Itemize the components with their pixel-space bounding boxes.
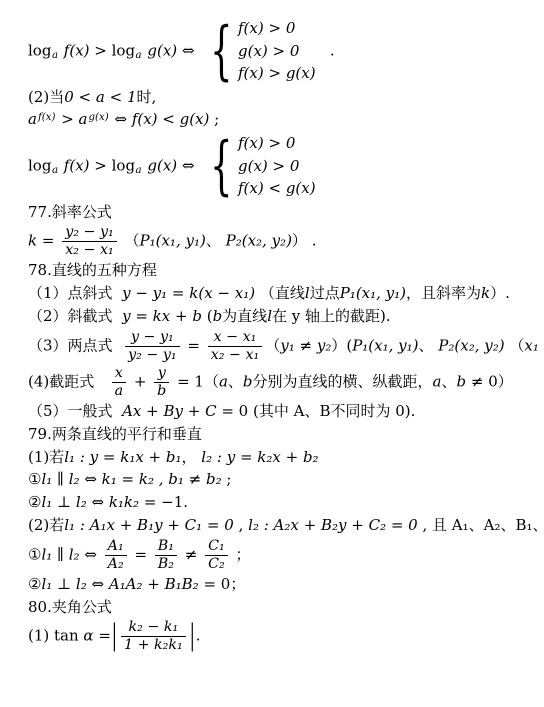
math-italic-run: g(x) bbox=[143, 41, 182, 59]
exponential-inequality: af(x) > ag(x) ⇔ f(x) < g(x) ; bbox=[28, 109, 538, 131]
text-run: （ bbox=[120, 232, 140, 250]
text-run: ; bbox=[209, 110, 219, 128]
math-italic-run: g(x) bbox=[143, 156, 182, 174]
text-run: = 1（ bbox=[172, 372, 219, 390]
fraction: C₁C₂ bbox=[205, 538, 228, 573]
formula-document: loga f(x) > loga g(x) ⇔ {f(x) > 0g(x) > … bbox=[0, 0, 544, 661]
fraction: k₂ − k₁1 + k₂k₁ bbox=[121, 619, 186, 654]
text-run: 79.两条直线的平行和垂直 bbox=[28, 425, 202, 443]
text-run: (4)截距式 bbox=[28, 372, 109, 390]
text-run: ⇔ bbox=[87, 575, 109, 593]
text-run: log bbox=[112, 156, 135, 174]
slope-formula: k = y₂ − y₁x₂ − x₁ （P₁(x₁, y₁)、 P₂(x₂, y… bbox=[28, 224, 538, 259]
math-italic-run: C₂ bbox=[208, 556, 225, 572]
text-run: ）. bbox=[490, 284, 510, 302]
math-italic-run: x bbox=[115, 365, 123, 381]
fraction-numerator: y₂ − y₁ bbox=[62, 224, 117, 241]
section-80-heading: 80.夹角公式 bbox=[28, 597, 538, 619]
text-run: ② bbox=[28, 493, 41, 511]
subscript-run: a bbox=[52, 50, 58, 61]
text-run: 、 bbox=[442, 372, 457, 390]
math-italic-run: x₂ − x₁ bbox=[65, 242, 114, 258]
case-row: f(x) > g(x) bbox=[238, 64, 316, 84]
left-curly-brace-icon: { bbox=[210, 19, 232, 83]
math-italic-run: y − y₁ = k(x − x₁) bbox=[122, 284, 255, 302]
text-run: ① bbox=[28, 545, 41, 563]
math-italic-run: a bbox=[28, 110, 37, 128]
text-run: , bbox=[234, 516, 248, 534]
math-italic-run: f(x) > 0 bbox=[238, 134, 295, 152]
fraction-denominator: B₂ bbox=[155, 555, 177, 573]
math-italic-run: l₁ ⊥ l₂ bbox=[41, 575, 86, 593]
math-italic-run: B₂ bbox=[158, 556, 174, 572]
math-italic-run: l₁ : A₁x + B₁y + C₁ = 0 bbox=[64, 516, 234, 534]
parallel-condition-general: ①l₁ ∥ l₂ ⇔ A₁A₂ = B₁B₂ ≠ C₁C₂ ； bbox=[28, 538, 538, 573]
parallel-condition-slope: ①l₁ ∥ l₂ ⇔ k₁ = k₂ , b₁ ≠ b₂ ; bbox=[28, 469, 538, 491]
text-run: = −1. bbox=[139, 493, 188, 511]
fraction-numerator: x bbox=[112, 365, 126, 382]
text-run: 77.斜率公式 bbox=[28, 203, 112, 221]
text-run: 为直线 bbox=[222, 307, 267, 325]
text-run: ② bbox=[28, 575, 41, 593]
text-run: 、 bbox=[206, 232, 226, 250]
fraction-denominator: a bbox=[112, 382, 127, 400]
math-italic-run: y₂ − y₁ bbox=[65, 224, 114, 240]
math-italic-run: Ax + By + C bbox=[122, 402, 216, 420]
fraction-denominator: A₂ bbox=[105, 555, 127, 573]
math-italic-run: x₁ ≠ x₂ bbox=[524, 336, 544, 354]
case-row: g(x) > 0 bbox=[238, 42, 316, 62]
math-italic-run: y₂ − y₁ bbox=[128, 347, 177, 363]
math-italic-run: 0 < a < 1 bbox=[64, 88, 136, 106]
text-run: ，且斜率为 bbox=[406, 284, 481, 302]
log-inequality-cases-0-lt-a-lt-1: loga f(x) > loga g(x) ⇔ {f(x) > 0g(x) > … bbox=[28, 132, 538, 201]
fraction-denominator: x₂ − x₁ bbox=[208, 346, 263, 364]
math-italic-run: x − x₁ bbox=[214, 329, 257, 345]
text-run: (2)当 bbox=[28, 88, 64, 106]
math-italic-run: b bbox=[157, 383, 166, 399]
cases-system: {f(x) > 0g(x) > 0f(x) > g(x) bbox=[201, 19, 315, 84]
math-italic-run: f(x) > g(x) bbox=[238, 64, 316, 82]
math-italic-run: f(x) > bbox=[59, 156, 112, 174]
math-italic-run: b bbox=[213, 307, 223, 325]
math-italic-run: P₂(x₂, y₂) bbox=[226, 232, 292, 250]
math-italic-run: P₁(x₁, y₁) bbox=[340, 284, 406, 302]
math-italic-run: A₁ bbox=[108, 538, 124, 554]
text-run: （ bbox=[505, 336, 525, 354]
fraction-denominator: C₂ bbox=[205, 555, 228, 573]
text-run: = 0； bbox=[199, 575, 246, 593]
text-run: ① bbox=[28, 470, 41, 488]
section-79-heading: 79.两条直线的平行和垂直 bbox=[28, 424, 538, 446]
math-italic-run: y bbox=[158, 365, 166, 381]
math-italic-run: k₂ − k₁ bbox=[129, 619, 179, 635]
text-run: （3）两点式 bbox=[28, 336, 122, 354]
case-row: f(x) > 0 bbox=[238, 134, 316, 154]
fraction: y₂ − y₁x₂ − x₁ bbox=[62, 224, 117, 259]
text-run: log bbox=[28, 156, 51, 174]
text-run: (1) tan bbox=[28, 627, 83, 645]
fraction-numerator: B₁ bbox=[155, 538, 177, 555]
text-run: 在 y 轴上的截距). bbox=[272, 307, 391, 325]
slope-intercept-form: （2）斜截式 y = kx + b (b为直线l在 y 轴上的截距). bbox=[28, 306, 538, 328]
math-italic-run: > a bbox=[56, 110, 87, 128]
fraction: B₁B₂ bbox=[155, 538, 177, 573]
text-run: ； bbox=[231, 545, 251, 563]
text-run: ， bbox=[182, 448, 202, 466]
math-italic-run: x₂ − x₁ bbox=[211, 347, 260, 363]
intercept-form: (4)截距式 xa + yb = 1（a、b分别为直线的横、纵截距，a、b ≠ … bbox=[28, 365, 538, 400]
text-run: （直线 bbox=[255, 284, 305, 302]
fraction-numerator: y − y₁ bbox=[128, 329, 177, 346]
text-run: 80.夹角公式 bbox=[28, 598, 112, 616]
superscript-run: g(x) bbox=[88, 112, 108, 123]
math-italic-run: k bbox=[481, 284, 490, 302]
math-italic-run: B₁ bbox=[158, 538, 174, 554]
math-italic-run: A₁A₂ + B₁B₂ bbox=[109, 575, 199, 593]
math-italic-run: k₁ = k₂ , b₁ ≠ b₂ bbox=[102, 470, 222, 488]
fraction: y − y₁y₂ − y₁ bbox=[125, 329, 180, 364]
text-run: + bbox=[129, 372, 151, 390]
left-curly-brace-icon: { bbox=[210, 134, 232, 198]
math-italic-run: 1 + k₂k₁ bbox=[124, 637, 183, 653]
superscript-run: f(x) bbox=[38, 112, 55, 123]
text-run: = bbox=[130, 545, 152, 563]
text-run: （1）点斜式 bbox=[28, 284, 122, 302]
math-italic-run: y₁ ≠ y₂ bbox=[280, 336, 331, 354]
math-italic-run: l₁ ∥ l₂ bbox=[41, 545, 79, 563]
text-run: ）( bbox=[331, 336, 352, 354]
text-run: . bbox=[196, 627, 201, 645]
text-run: ⇔ bbox=[87, 493, 109, 511]
math-italic-run: a bbox=[433, 372, 442, 390]
math-italic-run: f(x) < g(x) bbox=[238, 179, 316, 197]
fraction: yb bbox=[154, 365, 169, 400]
math-italic-run: l₁ ⊥ l₂ bbox=[41, 493, 86, 511]
fraction-numerator: A₁ bbox=[105, 538, 127, 555]
text-run: （5）一般式 bbox=[28, 402, 122, 420]
math-italic-run: P₁(x₁, y₁) bbox=[352, 336, 418, 354]
fraction-numerator: k₂ − k₁ bbox=[126, 619, 182, 636]
text-run: 78.直线的五种方程 bbox=[28, 261, 157, 279]
general-form: （5）一般式 Ax + By + C = 0 (其中 A、B不同时为 0). bbox=[28, 401, 538, 423]
math-italic-run: l₁ : y = k₁x + b₁ bbox=[64, 448, 181, 466]
fraction-denominator: 1 + k₂k₁ bbox=[121, 636, 186, 654]
math-italic-run: f(x) > bbox=[59, 41, 112, 59]
text-run: ≠ bbox=[180, 545, 202, 563]
math-italic-run: f(x) > 0 bbox=[238, 19, 295, 37]
fraction-numerator: C₁ bbox=[205, 538, 228, 555]
cases-rows: f(x) > 0g(x) > 0f(x) < g(x) bbox=[238, 134, 316, 199]
absolute-value-bar: | bbox=[190, 616, 195, 657]
text-run: 、 bbox=[419, 336, 439, 354]
fraction-denominator: b bbox=[154, 382, 169, 400]
log-inequality-cases-a-gt-1: loga f(x) > loga g(x) ⇔ {f(x) > 0g(x) > … bbox=[28, 17, 538, 86]
math-italic-run: f(x) < g(x) bbox=[132, 110, 210, 128]
math-italic-run: l₁ ∥ l₂ bbox=[41, 470, 79, 488]
text-run: = bbox=[183, 336, 205, 354]
fraction-numerator: y bbox=[155, 365, 169, 382]
section-77-heading: 77.斜率公式 bbox=[28, 202, 538, 224]
math-italic-run: C₁ bbox=[208, 538, 225, 554]
angle-formula: (1) tan α =|k₂ − k₁1 + k₂k₁|. bbox=[28, 619, 538, 654]
text-run: 、 bbox=[228, 372, 243, 390]
math-italic-run: g(x) > 0 bbox=[238, 42, 299, 60]
cases-rows: f(x) > 0g(x) > 0f(x) > g(x) bbox=[238, 19, 316, 84]
text-run: 分别为直线的横、纵截距， bbox=[253, 372, 433, 390]
text-run: ( bbox=[202, 307, 213, 325]
math-italic-run: l₂ : y = k₂x + b₂ bbox=[201, 448, 318, 466]
perpendicular-condition-general: ②l₁ ⊥ l₂ ⇔ A₁A₂ + B₁B₂ = 0； bbox=[28, 574, 538, 596]
section-78-heading: 78.直线的五种方程 bbox=[28, 260, 538, 282]
math-italic-run: y = kx + b bbox=[122, 307, 202, 325]
math-italic-run: k bbox=[28, 232, 37, 250]
fraction-denominator: y₂ − y₁ bbox=[125, 346, 180, 364]
subscript-run: a bbox=[136, 165, 142, 176]
text-run: ⇔ bbox=[182, 156, 199, 174]
case-row: f(x) < g(x) bbox=[238, 179, 316, 199]
two-lines-general-definitions: (2)若l₁ : A₁x + B₁y + C₁ = 0 , l₂ : A₂x +… bbox=[28, 515, 538, 537]
math-italic-run: y − y₁ bbox=[131, 329, 174, 345]
two-point-form: （3）两点式 y − y₁y₂ − y₁ = x − x₁x₂ − x₁（y₁ … bbox=[28, 329, 538, 364]
math-italic-run: a bbox=[219, 372, 228, 390]
case-row: g(x) > 0 bbox=[238, 157, 316, 177]
text-run: = bbox=[94, 627, 111, 645]
fraction: xa bbox=[112, 365, 127, 400]
text-run: (1)若 bbox=[28, 448, 64, 466]
subscript-run: a bbox=[136, 50, 142, 61]
math-italic-run: k₁k₂ bbox=[109, 493, 139, 511]
text-run: ⇔ bbox=[80, 545, 102, 563]
text-run: = bbox=[37, 232, 59, 250]
text-run: ⇔ bbox=[110, 110, 132, 128]
fraction-numerator: x − x₁ bbox=[211, 329, 260, 346]
case-2-condition: (2)当0 < a < 1时, bbox=[28, 87, 538, 109]
subscript-run: a bbox=[52, 165, 58, 176]
text-run: ⇔ bbox=[80, 470, 102, 488]
two-lines-slope-definitions: (1)若l₁ : y = k₁x + b₁， l₂ : y = k₂x + b₂ bbox=[28, 447, 538, 469]
fraction-denominator: x₂ − x₁ bbox=[62, 241, 117, 259]
cases-system: {f(x) > 0g(x) > 0f(x) < g(x) bbox=[201, 134, 315, 199]
math-italic-run: A₂ bbox=[108, 556, 124, 572]
math-italic-run: P₂(x₂, y₂) bbox=[438, 336, 504, 354]
text-run: ） . bbox=[292, 232, 317, 250]
math-italic-run: l₂ : A₂x + B₂y + C₂ = 0 bbox=[248, 516, 418, 534]
text-run: （2）斜截式 bbox=[28, 307, 122, 325]
absolute-value-bar: | bbox=[112, 616, 117, 657]
math-italic-run: a bbox=[115, 383, 124, 399]
perpendicular-condition-slope: ②l₁ ⊥ l₂ ⇔ k₁k₂ = −1. bbox=[28, 492, 538, 514]
text-run: 过点 bbox=[310, 284, 340, 302]
point-slope-form: （1）点斜式 y − y₁ = k(x − x₁) （直线l过点P₁(x₁, y… bbox=[28, 283, 538, 305]
math-italic-run: g(x) > 0 bbox=[238, 157, 299, 175]
text-run: ⇔ bbox=[182, 41, 199, 59]
text-run: log bbox=[112, 41, 135, 59]
text-run: 时, bbox=[137, 88, 157, 106]
text-run: = 0 (其中 A、B不同时为 0). bbox=[217, 402, 416, 420]
text-run: . bbox=[316, 41, 335, 59]
fraction: x − x₁x₂ − x₁ bbox=[208, 329, 263, 364]
text-run: ; bbox=[222, 470, 232, 488]
math-italic-run: b bbox=[457, 372, 467, 390]
math-italic-run: b bbox=[243, 372, 253, 390]
case-row: f(x) > 0 bbox=[238, 19, 316, 39]
math-italic-run: P₁(x₁, y₁) bbox=[140, 232, 206, 250]
fraction: A₁A₂ bbox=[105, 538, 127, 573]
text-run: （ bbox=[265, 336, 280, 354]
text-run: ≠ 0） bbox=[466, 372, 513, 390]
math-italic-run: α bbox=[83, 627, 93, 645]
text-run: , 且 A₁、A₂、B₁、B₂都不为零, bbox=[418, 516, 544, 534]
text-run: (2)若 bbox=[28, 516, 64, 534]
text-run: log bbox=[28, 41, 51, 59]
